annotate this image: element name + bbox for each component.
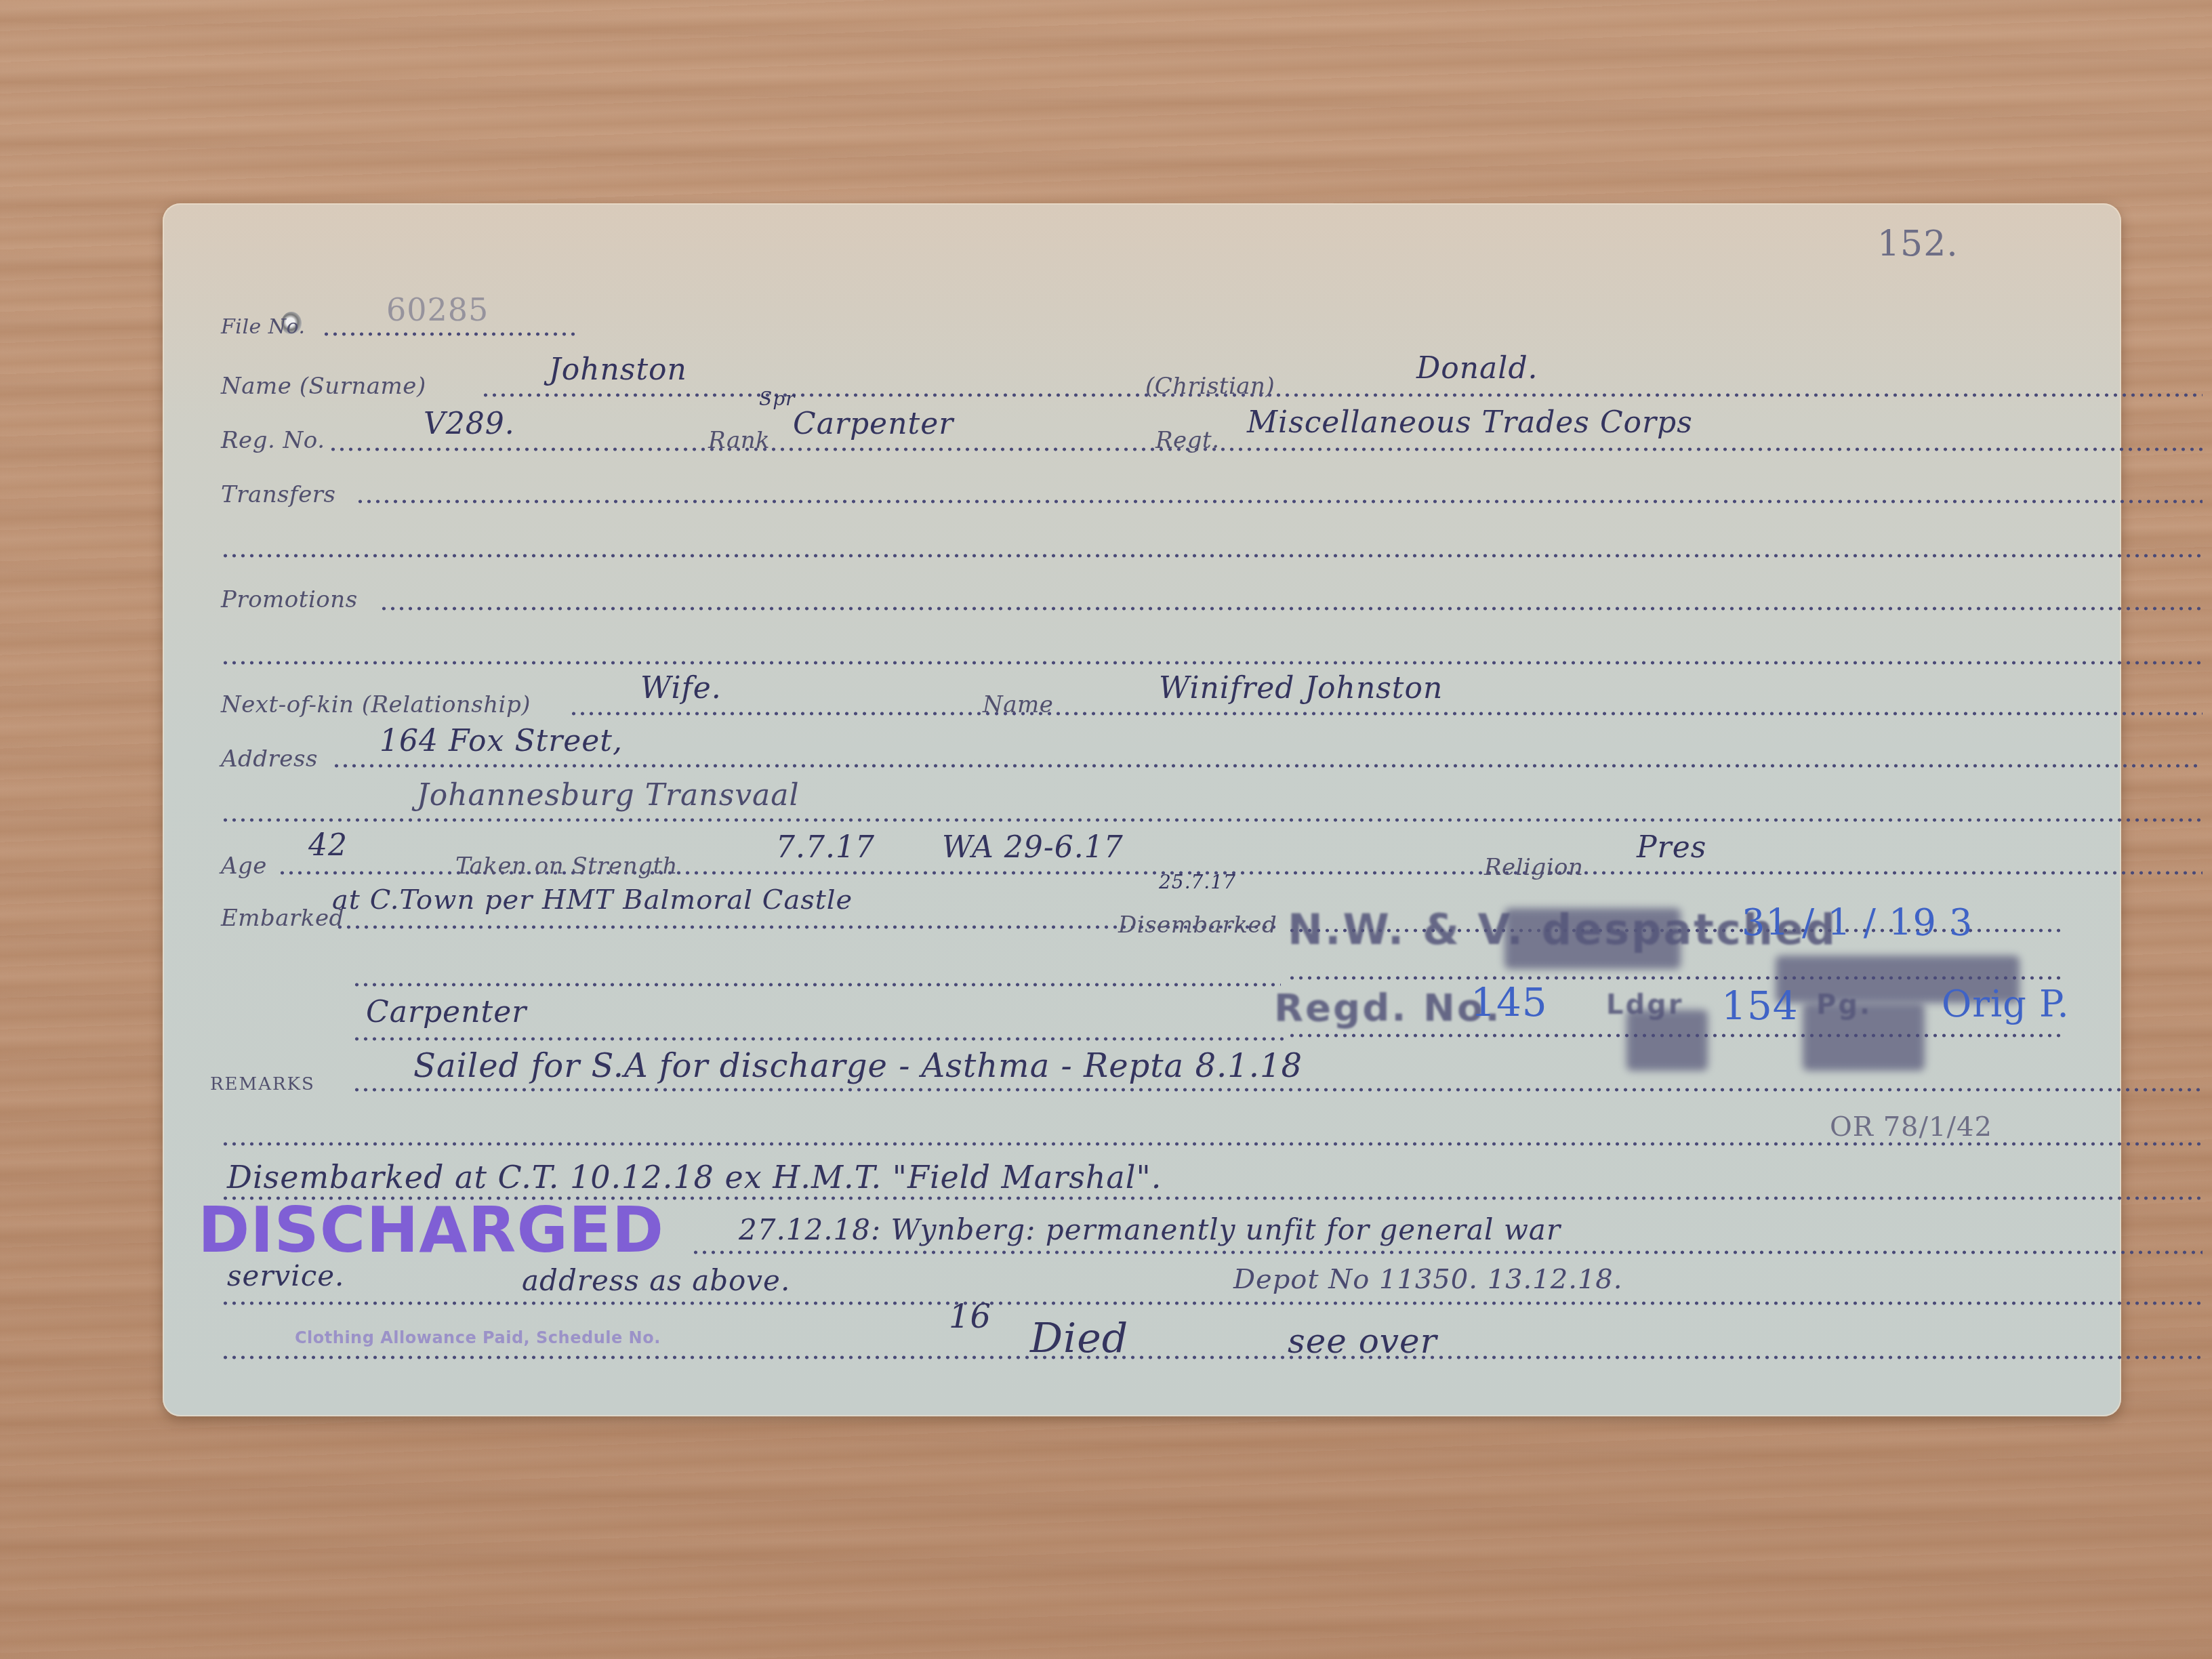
remarks-line-6 [221, 1355, 2203, 1359]
surname-label: Name (Surname) [221, 373, 426, 400]
promotions-line-2 [221, 661, 2203, 665]
clothing-schedule-no: 16 [949, 1298, 991, 1336]
christian-name-value: Donald. [1416, 351, 1538, 386]
next-of-kin-label: Next-of-kin (Relationship) [221, 691, 531, 718]
card-number: 152. [1877, 224, 1959, 264]
nwv-regd-no: 145 [1471, 979, 1548, 1025]
surname-value: Johnston [549, 352, 687, 387]
embarked-line-2 [352, 983, 1281, 987]
remarks-line-5 [221, 1301, 2203, 1305]
nwv-despatch-date: 31 / 1 / 19 3 [1742, 901, 1973, 944]
clothing-allowance-label: Clothing Allowance Paid, Schedule No. [295, 1328, 661, 1347]
taken-on-strength-value: 7.7.17 [776, 830, 875, 865]
file-no-label: File No. [221, 315, 306, 339]
transfers-line-1 [356, 499, 2203, 504]
nwv-regd-label: Regd. No. [1274, 986, 1502, 1030]
remarks-line-1-note: OR 78/1/42 [1830, 1111, 1992, 1143]
kin-name-label: Name [983, 691, 1053, 718]
taken-on-strength-extra: WA 29-6.17 [942, 830, 1124, 865]
rank-prefix: Spr [759, 388, 796, 410]
regt-value: Miscellaneous Trades Corps [1247, 405, 1693, 440]
age-label: Age [221, 853, 267, 880]
file-no-line [322, 332, 579, 336]
taken-on-strength-label: Taken on Strength [455, 853, 678, 880]
next-of-kin-line [569, 712, 2203, 716]
address-line-1 [332, 764, 2203, 768]
nwv-ldgr-no: 154 [1721, 983, 1799, 1029]
disembarked-label: Disembarked [1118, 912, 1277, 939]
file-no-value: 60285 [386, 291, 489, 328]
religion-value: Pres [1637, 830, 1706, 865]
regt-label: Regt. [1155, 427, 1219, 454]
remarks-line-3-value: 27.12.18: Wynberg: permanently unfit for… [739, 1213, 1561, 1246]
christian-name-label: (Christian) [1145, 373, 1275, 400]
remarks-line-4c-value: Depot No 11350. 13.12.18. [1233, 1264, 1623, 1295]
promotions-label: Promotions [221, 586, 358, 613]
kin-name-value: Winifred Johnston [1159, 671, 1443, 705]
stamp-line-3 [1288, 1033, 2060, 1038]
nwv-page-value: Orig P. [1942, 983, 2070, 1025]
address-label: Address [221, 745, 318, 773]
name-line [481, 393, 2203, 397]
remarks-line-1-value: Sailed for S.A for discharge - Asthma - … [413, 1047, 1303, 1085]
remarks-line-4b-value: address as above. [522, 1264, 790, 1297]
religion-label: Religion [1484, 854, 1583, 881]
stamp-line-2 [1288, 976, 2060, 980]
address-line-1-value: 164 Fox Street, [380, 724, 623, 758]
rank-label: Rank [708, 427, 770, 454]
address-line-2-value: Johannesburg Transvaal [417, 778, 800, 813]
embarked-date: 25.7.17 [1159, 871, 1236, 893]
embarked-value: at C.Town per HMT Balmoral Castle [332, 884, 853, 916]
rank-value: Carpenter [793, 407, 954, 441]
remarks-label: REMARKS [210, 1074, 315, 1094]
remarks-line-2 [221, 1142, 2203, 1146]
remarks-line-2-value: Disembarked at C.T. 10.12.18 ex H.M.T. "… [227, 1159, 1162, 1195]
discharged-stamp: DISCHARGED [198, 1194, 664, 1267]
remarks-line-4 [691, 1250, 2203, 1254]
trade-line [352, 1037, 1288, 1041]
nwv-page-label: Pg. [1816, 989, 1872, 1021]
transfers-label: Transfers [221, 481, 335, 508]
age-value: 42 [308, 828, 348, 863]
remarks-line-1 [352, 1088, 2203, 1092]
relationship-value: Wife. [640, 671, 722, 705]
trade-value: Carpenter [366, 995, 527, 1029]
reg-no-label: Reg. No. [221, 427, 325, 454]
reg-no-value: V289. [424, 407, 515, 441]
nwv-ldgr-label: Ldgr [1606, 989, 1683, 1021]
reg-line [329, 447, 2203, 451]
transfers-line-2 [221, 554, 2203, 558]
embarked-label: Embarked [221, 905, 344, 932]
promotions-line-1 [380, 607, 2203, 611]
address-line-2 [221, 818, 2203, 822]
